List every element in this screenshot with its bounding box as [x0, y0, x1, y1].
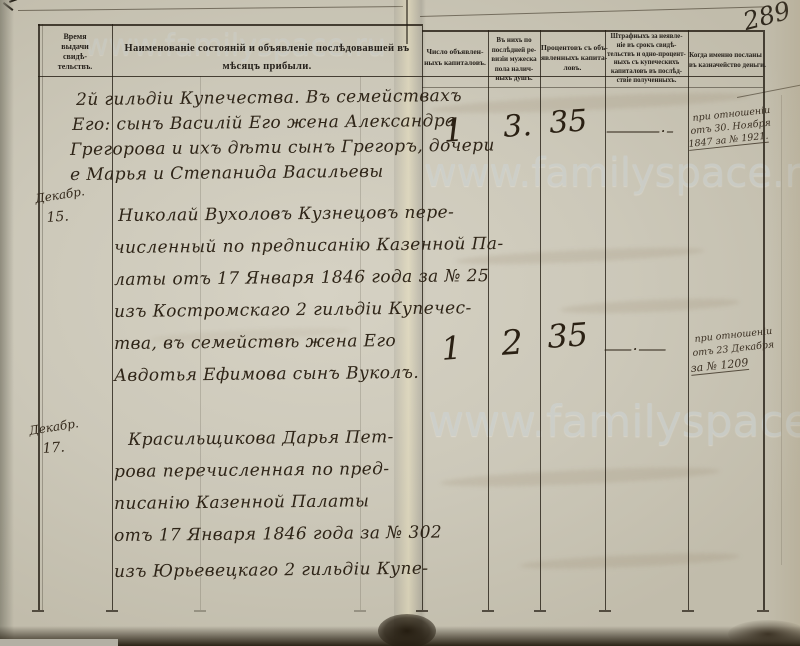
handwriting-line: е Марья и Степанида Васильевы	[70, 162, 384, 185]
souls-value: 2	[500, 322, 524, 363]
gridline-foot	[482, 610, 494, 612]
ink-bleed-artifact	[520, 550, 740, 572]
column-divider	[688, 30, 689, 610]
header-line: тельствъ и одно-процент-	[606, 51, 687, 60]
handwriting-line: изъ Юрьевецкаго 2 гильдіи Купе-	[114, 559, 429, 582]
percent-value: 35	[546, 315, 589, 356]
header-sent-column: Когда именно посланы въ казначейство ден…	[689, 50, 762, 70]
binding-crease-mark	[406, 0, 408, 44]
header-line: выдачи	[40, 42, 110, 52]
handwriting-line: изъ Костромскаго 2 гильдіи Купечес-	[114, 298, 472, 322]
entry-date-day: 15.	[46, 208, 69, 226]
entry-date-month: Декабр.	[28, 416, 80, 438]
header-percent-column: Процентовъ съ объ- явленныхъ капита- лов…	[541, 43, 604, 73]
header-line: ныхъ съ купеческихъ	[606, 59, 687, 68]
bottom-left-underpage	[0, 639, 118, 646]
column-divider	[112, 24, 113, 610]
header-line: Въ нихъ по	[489, 36, 539, 46]
table-top-border	[422, 30, 763, 32]
souls-value: 3.	[502, 108, 533, 145]
ink-bleed-artifact	[560, 296, 740, 316]
gridline-foot	[194, 610, 206, 612]
gridline-foot	[534, 610, 546, 612]
header-line: Наименованіе состояній и объявленіе посл…	[114, 40, 420, 58]
table-top-border	[38, 24, 422, 26]
handwriting-line: латы отъ 17 Января 1846 года за № 25	[114, 266, 489, 290]
header-name-column: Наименованіе состояній и объявленіе посл…	[114, 40, 420, 76]
header-line: мѣсяцъ прибыли.	[114, 58, 420, 76]
header-capitals-column: Число объявлен- ныхъ капиталовъ.	[423, 47, 487, 68]
table-left-border-double	[42, 24, 43, 610]
handwriting-line: 2й гильдіи Купечества. Въ семействахъ	[76, 86, 462, 110]
header-line: тельствъ.	[40, 62, 110, 72]
header-line: ствіе полученныхъ.	[606, 77, 687, 86]
header-line: ловъ.	[541, 63, 604, 73]
column-divider	[540, 30, 541, 610]
bottom-stain	[728, 620, 800, 646]
scanned-ledger-page: www.familyspace.ru www.familyspace.ru ww…	[0, 0, 800, 646]
gridline-foot	[354, 610, 366, 612]
sent-note-line: за № 1209	[690, 356, 749, 376]
capitals-value: 1	[442, 111, 465, 150]
column-divider	[605, 30, 606, 610]
table-right-border	[763, 30, 765, 610]
table-left-border	[38, 24, 40, 610]
entry-date-day: 17.	[42, 439, 65, 457]
watermark-middle-lower: www.familyspace.ru	[428, 396, 800, 447]
page-edge-line	[420, 6, 765, 17]
capitals-value: 1	[440, 329, 463, 368]
header-line: ніе въ срокъ свидѣ-	[606, 42, 687, 51]
header-time-column: Время выдачи свидѣ- тельствъ.	[40, 32, 110, 72]
gridline-foot	[32, 610, 44, 612]
gridline-foot	[682, 610, 694, 612]
handwriting-line: Его: сынъ Василій Его жена Александра	[72, 111, 456, 135]
header-line: послѣдней ре-	[489, 46, 539, 56]
header-line: Время	[40, 32, 110, 42]
header-line: Процентовъ съ объ-	[541, 43, 604, 53]
handwriting-line: рова перечисленная по пред-	[114, 459, 390, 482]
page-right-edge	[766, 0, 800, 646]
header-line: Когда именно посланы	[689, 50, 762, 60]
gridline-foot	[106, 610, 118, 612]
column-divider	[488, 30, 489, 610]
header-line: свидѣ-	[40, 52, 110, 62]
handwriting-line: численный по предписанію Казенной Па-	[114, 234, 504, 258]
ink-bleed-artifact	[440, 464, 720, 490]
watermark-middle-upper: www.familyspace.ru	[424, 150, 800, 196]
header-line: пола налич-	[489, 65, 539, 75]
handwriting-line: Николай Вухоловъ Кузнецовъ пере-	[118, 202, 454, 226]
fine-dash: ———— · –	[606, 122, 672, 140]
header-souls-column: Въ нихъ по послѣдней ре- визіи мужеска п…	[489, 36, 539, 84]
header-line: Штрафныхъ за неявле-	[606, 33, 687, 42]
handwriting-line: Красильщикова Дарья Пет-	[128, 427, 394, 450]
handwriting-line: тва, въ семействѣ жена Его	[114, 331, 396, 354]
header-line: въ казначейство деньги.	[689, 60, 762, 70]
gridline-foot	[599, 610, 611, 612]
gridline-foot	[416, 610, 428, 612]
header-line: визіи мужеска	[489, 55, 539, 65]
header-line: ныхъ душъ.	[489, 74, 539, 84]
header-line: явленныхъ капита-	[541, 53, 604, 63]
header-line: ныхъ капиталовъ.	[423, 58, 487, 69]
header-fines-column: Штрафныхъ за неявле- ніе въ срокъ свидѣ-…	[606, 33, 687, 86]
fine-dash: —— · ——	[604, 340, 664, 358]
header-line: капиталовъ въ послѣд-	[606, 68, 687, 77]
page-edge-line	[18, 6, 403, 11]
handwriting-line: отъ 17 Января 1846 года за № 302	[114, 523, 442, 546]
handwriting-line: писанію Казенной Палаты	[114, 491, 369, 514]
handwriting-line: Авдотья Ефимова сынъ Вуколъ.	[114, 363, 419, 386]
percent-value: 35	[548, 103, 589, 141]
ledger-paper: www.familyspace.ru www.familyspace.ru ww…	[0, 0, 800, 646]
header-line: Число объявлен-	[423, 47, 487, 58]
page-left-edge	[0, 0, 14, 646]
bottom-stain	[378, 614, 436, 646]
header-bottom-line2	[422, 87, 763, 88]
